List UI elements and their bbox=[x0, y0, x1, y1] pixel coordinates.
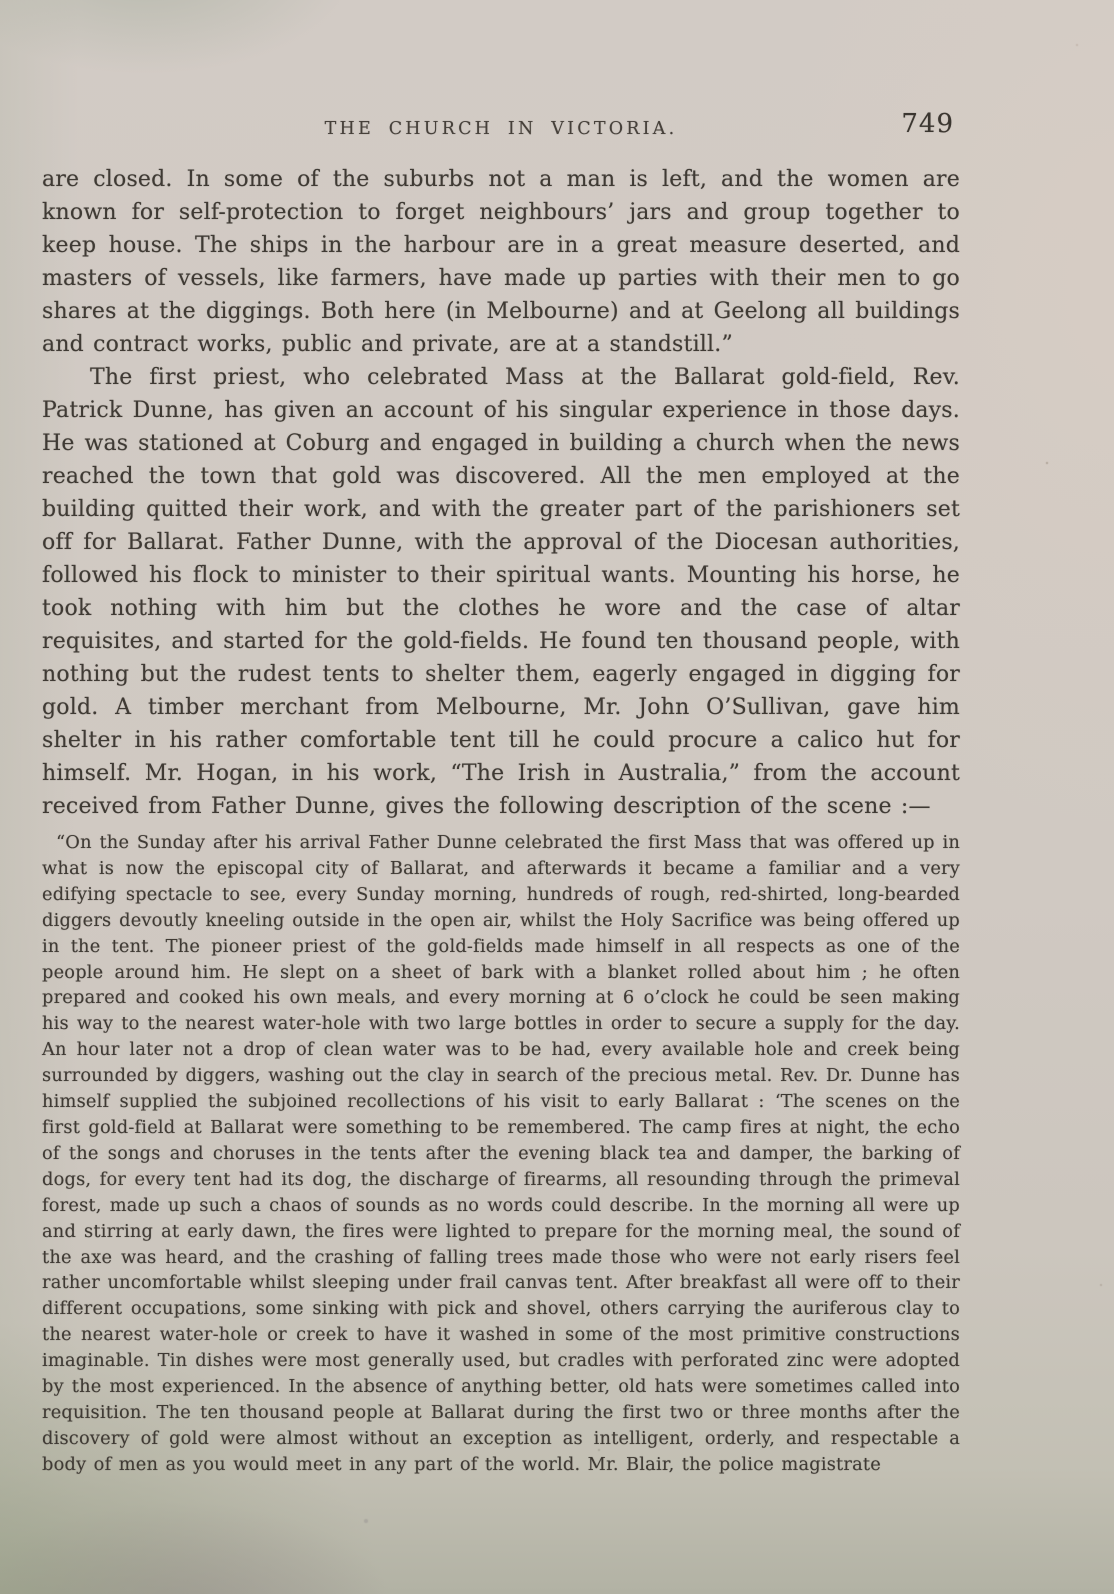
running-header: THE CHURCH IN VICTORIA. 749 bbox=[42, 112, 960, 146]
scan-dust-artifacts bbox=[0, 0, 2, 2]
paragraph-suburbs-continuation: are closed. In some of the suburbs not a… bbox=[42, 163, 960, 361]
page-number: 749 bbox=[901, 109, 954, 139]
running-header-title: THE CHURCH IN VICTORIA. bbox=[42, 112, 960, 139]
paragraph-father-dunne: The first priest, who celebrated Mass at… bbox=[42, 361, 960, 823]
block-quote-hogan-extract: “On the Sunday after his arrival Father … bbox=[42, 830, 960, 1478]
scanned-book-page: THE CHURCH IN VICTORIA. 749 are closed. … bbox=[0, 0, 1114, 1594]
page-content: are closed. In some of the suburbs not a… bbox=[42, 163, 960, 1478]
